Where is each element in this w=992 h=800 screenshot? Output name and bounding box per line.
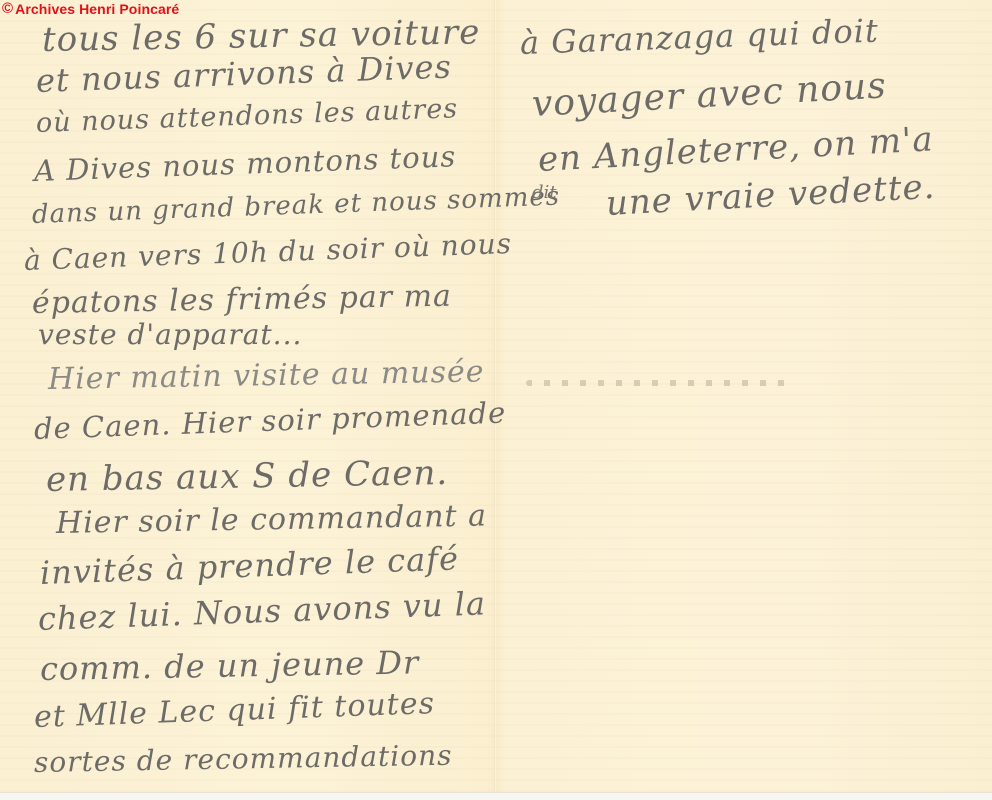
copyright-icon: © <box>2 1 13 17</box>
show-through-marks <box>526 380 786 386</box>
handwritten-line: de Caen. Hier soir promenade <box>33 396 506 446</box>
handwritten-line: à Caen vers 10h du soir où nous <box>23 227 512 277</box>
handwritten-line: où nous attendons les autres <box>35 93 458 139</box>
handwritten-line: épatons les frimés par ma <box>32 279 453 321</box>
handwritten-line: Hier soir le commandant a <box>56 498 488 541</box>
right-page: à Garanzaga qui doit voyager avec nous e… <box>496 0 992 792</box>
handwritten-line: et Mlle Lec qui fit toutes <box>33 686 435 735</box>
handwritten-line: veste d'apparat... <box>38 318 302 351</box>
archive-watermark: © Archives Henri Poincaré <box>2 1 179 17</box>
handwritten-line: comm. de un jeune Dr <box>40 643 420 688</box>
handwritten-line: à Garanzaga qui doit <box>519 11 879 62</box>
scan-bottom-edge <box>0 792 992 800</box>
handwritten-line: Hier matin visite au musée <box>48 354 485 397</box>
handwritten-line: A Dives nous montons tous <box>33 139 456 188</box>
handwritten-line: voyager avec nous <box>531 65 888 125</box>
handwritten-line: invités à prendre le café <box>39 539 459 592</box>
letter-scan: tous les 6 sur sa voiture et nous arrivo… <box>0 0 992 792</box>
handwritten-line: chez lui. Nous avons vu la <box>37 584 486 638</box>
watermark-text: Archives Henri Poincaré <box>15 1 179 17</box>
left-page: tous les 6 sur sa voiture et nous arrivo… <box>0 0 494 792</box>
marginal-note: dit <box>532 182 557 203</box>
handwritten-line: une vraie vedette. <box>605 167 936 224</box>
handwritten-line: dans un grand break et nous sommes <box>31 182 560 230</box>
handwritten-line: sortes de recommandations <box>34 739 453 779</box>
handwritten-line: en bas aux S de Caen. <box>46 453 449 500</box>
